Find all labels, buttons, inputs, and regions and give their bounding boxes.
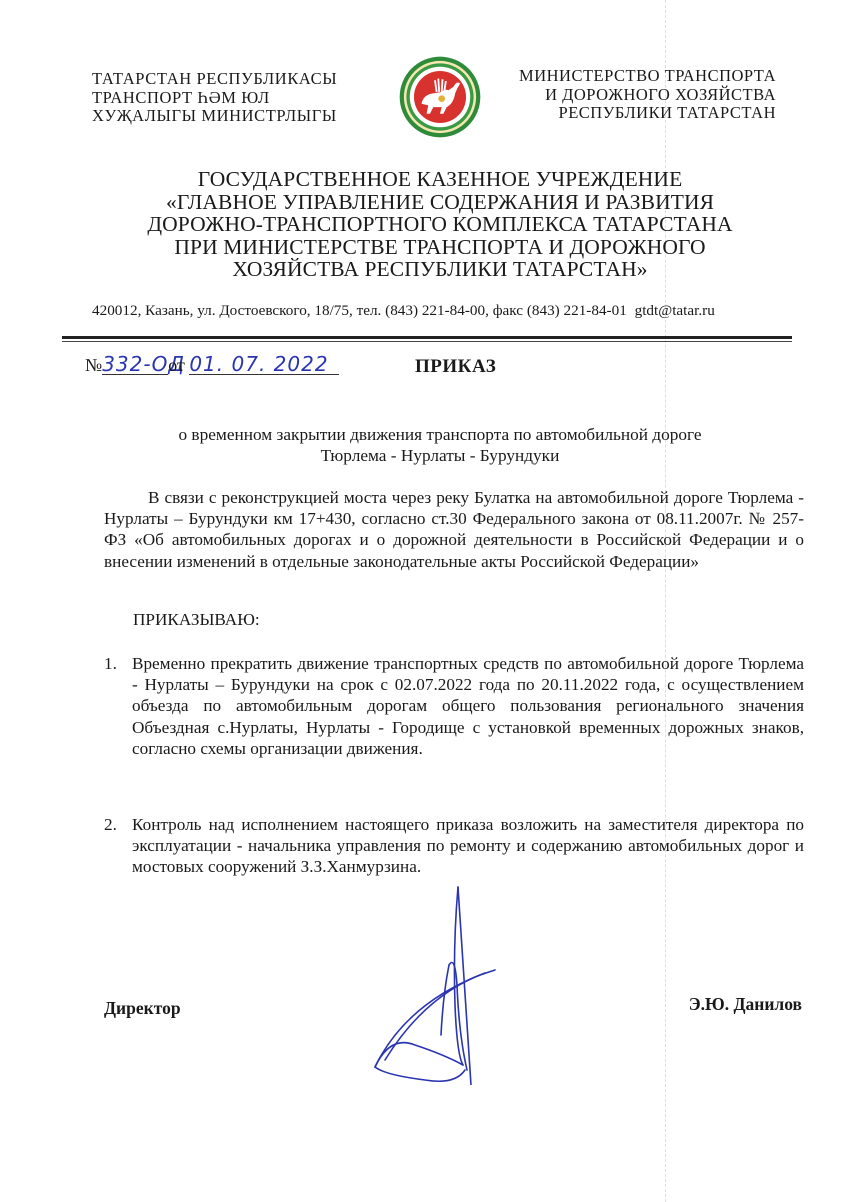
org-line: ПРИ МИНИСТЕРСТВЕ ТРАНСПОРТА И ДОРОЖНОГО	[100, 236, 780, 259]
preamble-text: В связи с реконструкцией моста через рек…	[104, 488, 804, 571]
order-date: 01. 07. 2022	[189, 354, 339, 375]
preamble-paragraph: В связи с реконструкцией моста через рек…	[104, 487, 804, 572]
header-tatar-ministry: ТАТАРСТАН РЕСПУБЛИКАСЫ ТРАНСПОРТ ҺӘМ ЮЛ …	[92, 70, 337, 126]
header-left-line: ТАТАРСТАН РЕСПУБЛИКАСЫ	[92, 70, 337, 89]
subject-line: Тюрлема - Нурлаты - Бурундуки	[100, 445, 780, 466]
document-title: ПРИКАЗ	[415, 356, 496, 378]
header-russian-ministry: МИНИСТЕРСТВО ТРАНСПОРТА И ДОРОЖНОГО ХОЗЯ…	[519, 67, 776, 123]
email: gtdt@tatar.ru	[635, 302, 715, 319]
org-line: ХОЗЯЙСТВА РЕСПУБЛИКИ ТАТАРСТАН»	[100, 258, 780, 281]
header-divider-thin	[62, 341, 792, 342]
item-number: 2.	[104, 814, 132, 878]
order-item: 2. Контроль над исполнением настоящего п…	[104, 814, 804, 878]
item-number: 1.	[104, 653, 132, 759]
signatory-name: Э.Ю. Данилов	[689, 994, 802, 1015]
item-text: Контроль над исполнением настоящего прик…	[132, 814, 804, 878]
date-prefix: от	[168, 355, 185, 375]
order-number: 332-ОД	[102, 354, 168, 375]
org-line: ГОСУДАРСТВЕННОЕ КАЗЕННОЕ УЧРЕЖДЕНИЕ	[100, 168, 780, 191]
header-divider	[62, 336, 792, 339]
handwritten-signature	[345, 885, 545, 1085]
order-number-line: №332-ОДот 01. 07. 2022	[85, 354, 339, 376]
header-left-line: ХУҖАЛЫГЫ МИНИСТРЛЫГЫ	[92, 107, 337, 126]
address: 420012, Казань, ул. Достоевского, 18/75,…	[92, 302, 627, 319]
subject-line: о временном закрытии движения транспорта…	[100, 424, 780, 445]
header-right-line: МИНИСТЕРСТВО ТРАНСПОРТА	[519, 67, 776, 86]
order-item: 1. Временно прекратить движение транспор…	[104, 653, 804, 759]
contact-line: 420012, Казань, ул. Достоевского, 18/75,…	[92, 302, 715, 320]
org-line: «ГЛАВНОЕ УПРАВЛЕНИЕ СОДЕРЖАНИЯ И РАЗВИТИ…	[100, 191, 780, 214]
org-line: ДОРОЖНО-ТРАНСПОРТНОГО КОМПЛЕКСА ТАТАРСТА…	[100, 213, 780, 236]
header-right-line: И ДОРОЖНОГО ХОЗЯЙСТВА	[519, 86, 776, 105]
header-left-line: ТРАНСПОРТ ҺӘМ ЮЛ	[92, 89, 337, 108]
signatory-position: Директор	[104, 998, 181, 1019]
item-text: Временно прекратить движение транспортны…	[132, 653, 804, 759]
number-sign: №	[85, 355, 102, 375]
header-right-line: РЕСПУБЛИКИ ТАТАРСТАН	[519, 104, 776, 123]
command-word: ПРИКАЗЫВАЮ:	[133, 610, 260, 630]
organization-name: ГОСУДАРСТВЕННОЕ КАЗЕННОЕ УЧРЕЖДЕНИЕ «ГЛА…	[100, 168, 780, 281]
order-subject: о временном закрытии движения транспорта…	[100, 424, 780, 466]
tatarstan-coat-of-arms-icon	[398, 55, 482, 139]
